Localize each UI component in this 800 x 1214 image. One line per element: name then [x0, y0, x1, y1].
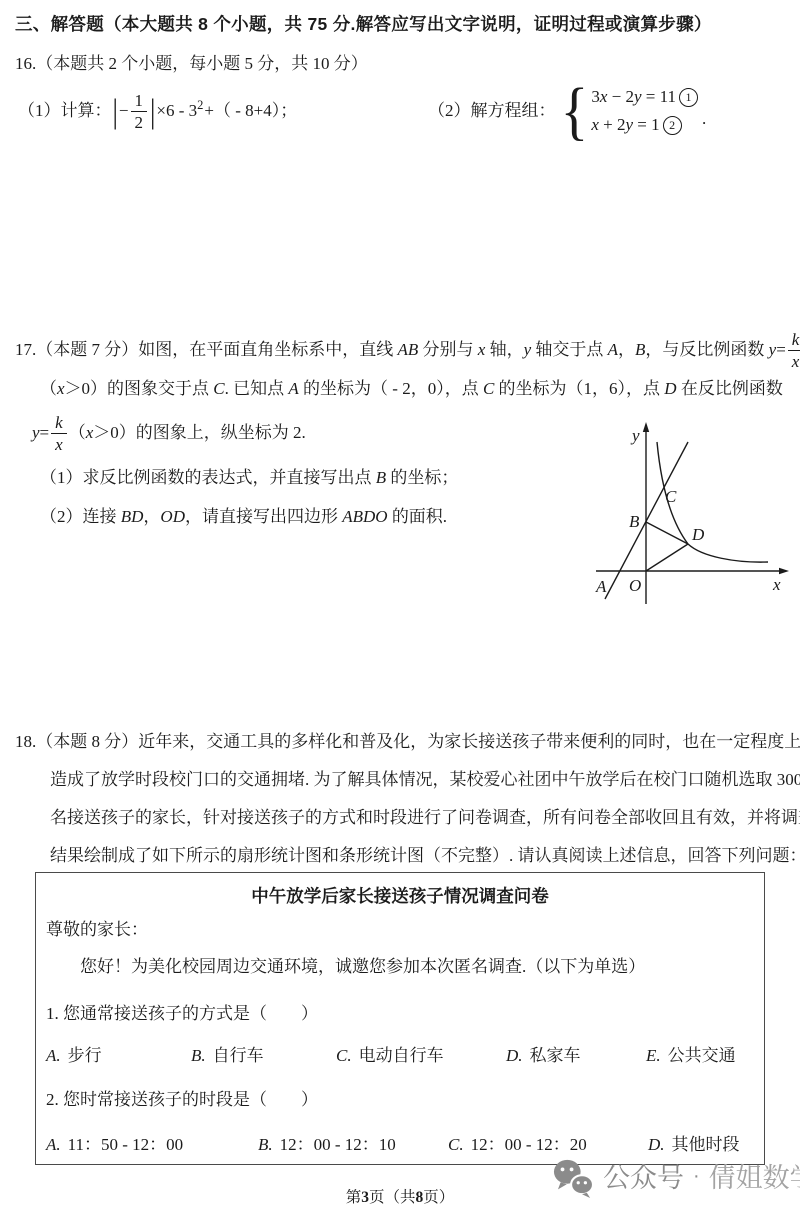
questionnaire-greeting: 您好！为美化校园周边交通环境，诚邀您参加本次匿名调查.（以下为单选）	[80, 956, 645, 978]
option-text: 私家车	[530, 1046, 581, 1065]
q16-parts-row: （1）计算： | − 1 2 | ×6 - 3 2 +（ - 8+4）； （2）…	[0, 82, 800, 140]
y-axis-arrow	[643, 422, 649, 432]
equation-2-text: x + 2y = 1	[591, 115, 659, 135]
label-y: y	[630, 426, 640, 445]
page-number-suffix: 页）	[423, 1189, 454, 1206]
watermark-name: 倩姐数学	[709, 1167, 800, 1189]
fraction-numerator: 1	[131, 92, 148, 111]
label-A: A	[595, 577, 607, 596]
q16-part1-label: （1）计算：	[18, 100, 112, 122]
option-letter: C.	[448, 1135, 464, 1154]
circled-2: 2	[663, 116, 682, 135]
q18-line1: 18.（本题 8 分）近年来，交通工具的多样化和普及化，为家长接送孩子带来便利的…	[15, 731, 790, 753]
q16-part2-label: （2）解方程组：	[428, 100, 556, 122]
option-letter: D.	[648, 1135, 665, 1154]
option-letter: D.	[506, 1046, 523, 1065]
q18-line4: 结果绘制成了如下所示的扇形统计图和条形统计图（不完整）. 请认真阅读上述信息，回…	[50, 845, 790, 867]
q1-option-c: C.电动自行车	[336, 1045, 506, 1067]
q2-option-a: A.11：50 - 12：00	[46, 1134, 258, 1156]
q16-part2-system: （2）解方程组： { 3x − 2y = 11 1 x + 2y = 1 2 .	[428, 82, 706, 140]
option-text: 公共交通	[668, 1046, 736, 1065]
q1-option-d: D.私家车	[506, 1045, 646, 1067]
q17-coordinate-figure: y x O A B C D	[588, 414, 793, 618]
q16-stem: 16.（本题共 2 个小题，每小题 5 分，共 10 分）	[15, 53, 368, 75]
q17-line3: y= k x （x＞0）的图象上，纵坐标为 2.	[32, 410, 306, 456]
label-D: D	[691, 525, 705, 544]
q17-line1-text: 17.（本题 7 分）如图，在平面直角坐标系中，直线 AB 分别与 x 轴，y …	[15, 339, 786, 361]
segment-BD	[646, 522, 688, 544]
circled-1: 1	[679, 88, 698, 107]
page-number-middle: 页（共	[369, 1189, 416, 1206]
q16-part1-mid: ×6 - 3	[156, 100, 197, 122]
option-letter: E.	[646, 1046, 661, 1065]
option-text: 电动自行车	[359, 1046, 444, 1065]
questionnaire-q1: 1. 您通常接送孩子的方式是（ ）	[46, 1003, 318, 1025]
option-text: 12：00 - 12：20	[471, 1135, 587, 1154]
minus-sign: −	[119, 100, 129, 122]
q18-line2: 造成了放学时段校门口的交通拥堵. 为了解具体情况，某校爱心社团中午放学后在校门口…	[50, 769, 790, 791]
equation-1-text: 3x − 2y = 11	[591, 87, 676, 107]
fraction-numerator: k	[51, 414, 67, 433]
q16-part1-tail: +（ - 8+4）；	[204, 100, 297, 122]
fraction-k-over-x: k x	[788, 331, 800, 370]
system-brace: {	[561, 82, 589, 140]
fraction-k-over-x: k x	[51, 414, 67, 453]
questionnaire-box: 中午放学后家长接送孩子情况调查问卷 尊敬的家长： 您好！为美化校园周边交通环境，…	[35, 872, 765, 1165]
option-letter: A.	[46, 1135, 61, 1154]
q1-option-e: E.公共交通	[646, 1045, 736, 1067]
q16-part1-expression: （1）计算： | − 1 2 | ×6 - 3 2 +（ - 8+4）；	[18, 82, 297, 140]
segment-OD	[646, 544, 688, 571]
questionnaire-q2: 2. 您时常接送孩子的时段是（ ）	[46, 1089, 318, 1111]
x-axis-arrow	[779, 568, 789, 574]
watermark-label: 公众号	[603, 1167, 684, 1189]
q1-options-row: A.步行 B.自行车 C.电动自行车 D.私家车 E.公共交通	[46, 1045, 756, 1067]
q17-line1: 17.（本题 7 分）如图，在平面直角坐标系中，直线 AB 分别与 x 轴，y …	[15, 330, 800, 370]
exponent: 2	[197, 94, 203, 116]
option-letter: A.	[46, 1046, 61, 1065]
label-C: C	[665, 487, 677, 506]
questionnaire-title: 中午放学后家长接送孩子情况调查问卷	[36, 885, 764, 907]
option-text: 11：50 - 12：00	[68, 1135, 184, 1154]
fraction-denominator: 2	[131, 111, 148, 131]
q2-option-c: C.12：00 - 12：20	[448, 1134, 648, 1156]
q18-line3: 名接送孩子的家长，针对接送孩子的方式和时段进行了问卷调查，所有问卷全部收回且有效…	[50, 807, 790, 829]
fraction-one-half: 1 2	[131, 92, 148, 131]
q17-line3-post: （x＞0）的图象上，纵坐标为 2.	[69, 422, 306, 444]
label-O: O	[629, 576, 641, 595]
option-letter: C.	[336, 1046, 352, 1065]
page-number: 第3页（共8页）	[0, 1187, 800, 1209]
system-period: .	[702, 108, 706, 130]
equation-1: 3x − 2y = 11 1	[591, 87, 698, 107]
questionnaire-salutation: 尊敬的家长：	[46, 919, 148, 941]
option-letter: B.	[191, 1046, 206, 1065]
q2-option-b: B.12：00 - 12：10	[258, 1134, 448, 1156]
equation-2: x + 2y = 1 2	[591, 115, 698, 135]
fraction-denominator: x	[51, 433, 67, 453]
q2-option-d: D.其他时段	[648, 1134, 740, 1156]
watermark-dot: ·	[693, 1165, 700, 1187]
option-text: 其他时段	[672, 1135, 740, 1154]
label-x: x	[772, 575, 781, 594]
option-text: 自行车	[213, 1046, 264, 1065]
q1-option-b: B.自行车	[191, 1045, 336, 1067]
exam-page: 三、解答题（本大题共 8 个小题，共 75 分.解答应写出文字说明，证明过程或演…	[0, 0, 800, 1214]
page-number-prefix: 第	[346, 1189, 362, 1206]
section-header: 三、解答题（本大题共 8 个小题，共 75 分.解答应写出文字说明，证明过程或演…	[15, 13, 790, 35]
q17-sub2: （2）连接 BD，OD，请直接写出四边形 ABDO 的面积.	[40, 506, 447, 528]
q2-options-row: A.11：50 - 12：00 B.12：00 - 12：10 C.12：00 …	[46, 1134, 756, 1156]
q17-line2: （x＞0）的图象交于点 C. 已知点 A 的坐标为（ - 2，0），点 C 的坐…	[40, 378, 783, 400]
current-page: 3	[361, 1189, 369, 1206]
q17-sub1: （1）求反比例函数的表达式，并直接写出点 B 的坐标；	[40, 467, 458, 489]
coordinate-plane-graph: y x O A B C D	[588, 414, 793, 612]
option-text: 12：00 - 12：10	[280, 1135, 396, 1154]
option-letter: B.	[258, 1135, 273, 1154]
fraction-numerator: k	[788, 331, 800, 350]
q1-option-a: A.步行	[46, 1045, 191, 1067]
label-B: B	[629, 512, 640, 531]
fraction-denominator: x	[788, 350, 800, 370]
option-text: 步行	[68, 1046, 102, 1065]
q17-line3-pre: y=	[32, 422, 49, 444]
equation-stack: 3x − 2y = 11 1 x + 2y = 1 2	[591, 87, 698, 135]
